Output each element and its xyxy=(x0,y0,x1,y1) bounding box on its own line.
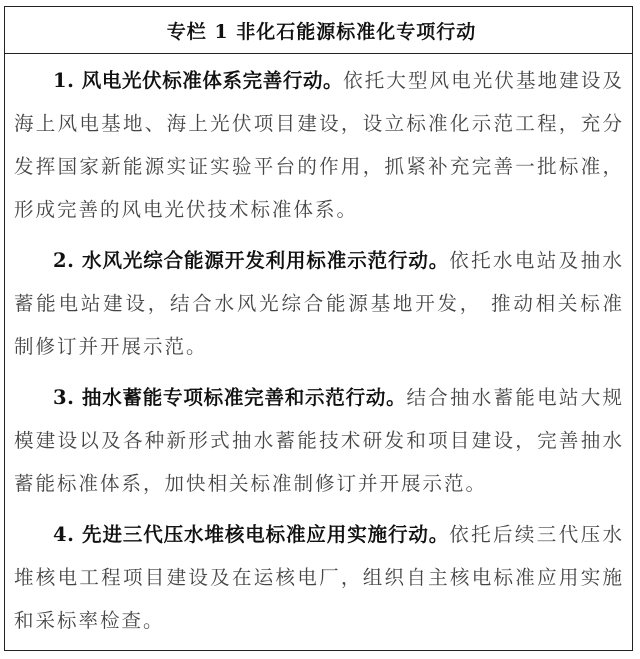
action-item-heading: 1. 风电光伏标准体系完善行动。 xyxy=(53,69,343,92)
box-title: 专栏 1 非化石能源标准化专项行动 xyxy=(5,7,632,54)
action-item-heading: 2. 水风光综合能源开发利用标准示范行动。 xyxy=(53,249,449,272)
action-item-heading: 3. 抽水蓄能专项标准完善和示范行动。 xyxy=(53,386,406,409)
action-item-1: 1. 风电光伏标准体系完善行动。依托大型风电光伏基地建设及海上风电基地、海上光伏… xyxy=(14,59,624,231)
action-item-2: 2. 水风光综合能源开发利用标准示范行动。依托水电站及抽水蓄能电站建设，结合水风… xyxy=(14,239,624,368)
action-item-4: 4. 先进三代压水堆核电标准应用实施行动。依托后续三代压水堆核电工程项目建设及在… xyxy=(14,513,624,642)
box-content: 1. 风电光伏标准体系完善行动。依托大型风电光伏基地建设及海上风电基地、海上光伏… xyxy=(5,59,632,642)
action-item-3: 3. 抽水蓄能专项标准完善和示范行动。结合抽水蓄能电站大规模建设以及各种新形式抽… xyxy=(14,376,624,505)
action-item-heading: 4. 先进三代压水堆核电标准应用实施行动。 xyxy=(53,523,449,546)
column-box: 专栏 1 非化石能源标准化专项行动 1. 风电光伏标准体系完善行动。依托大型风电… xyxy=(4,6,633,651)
